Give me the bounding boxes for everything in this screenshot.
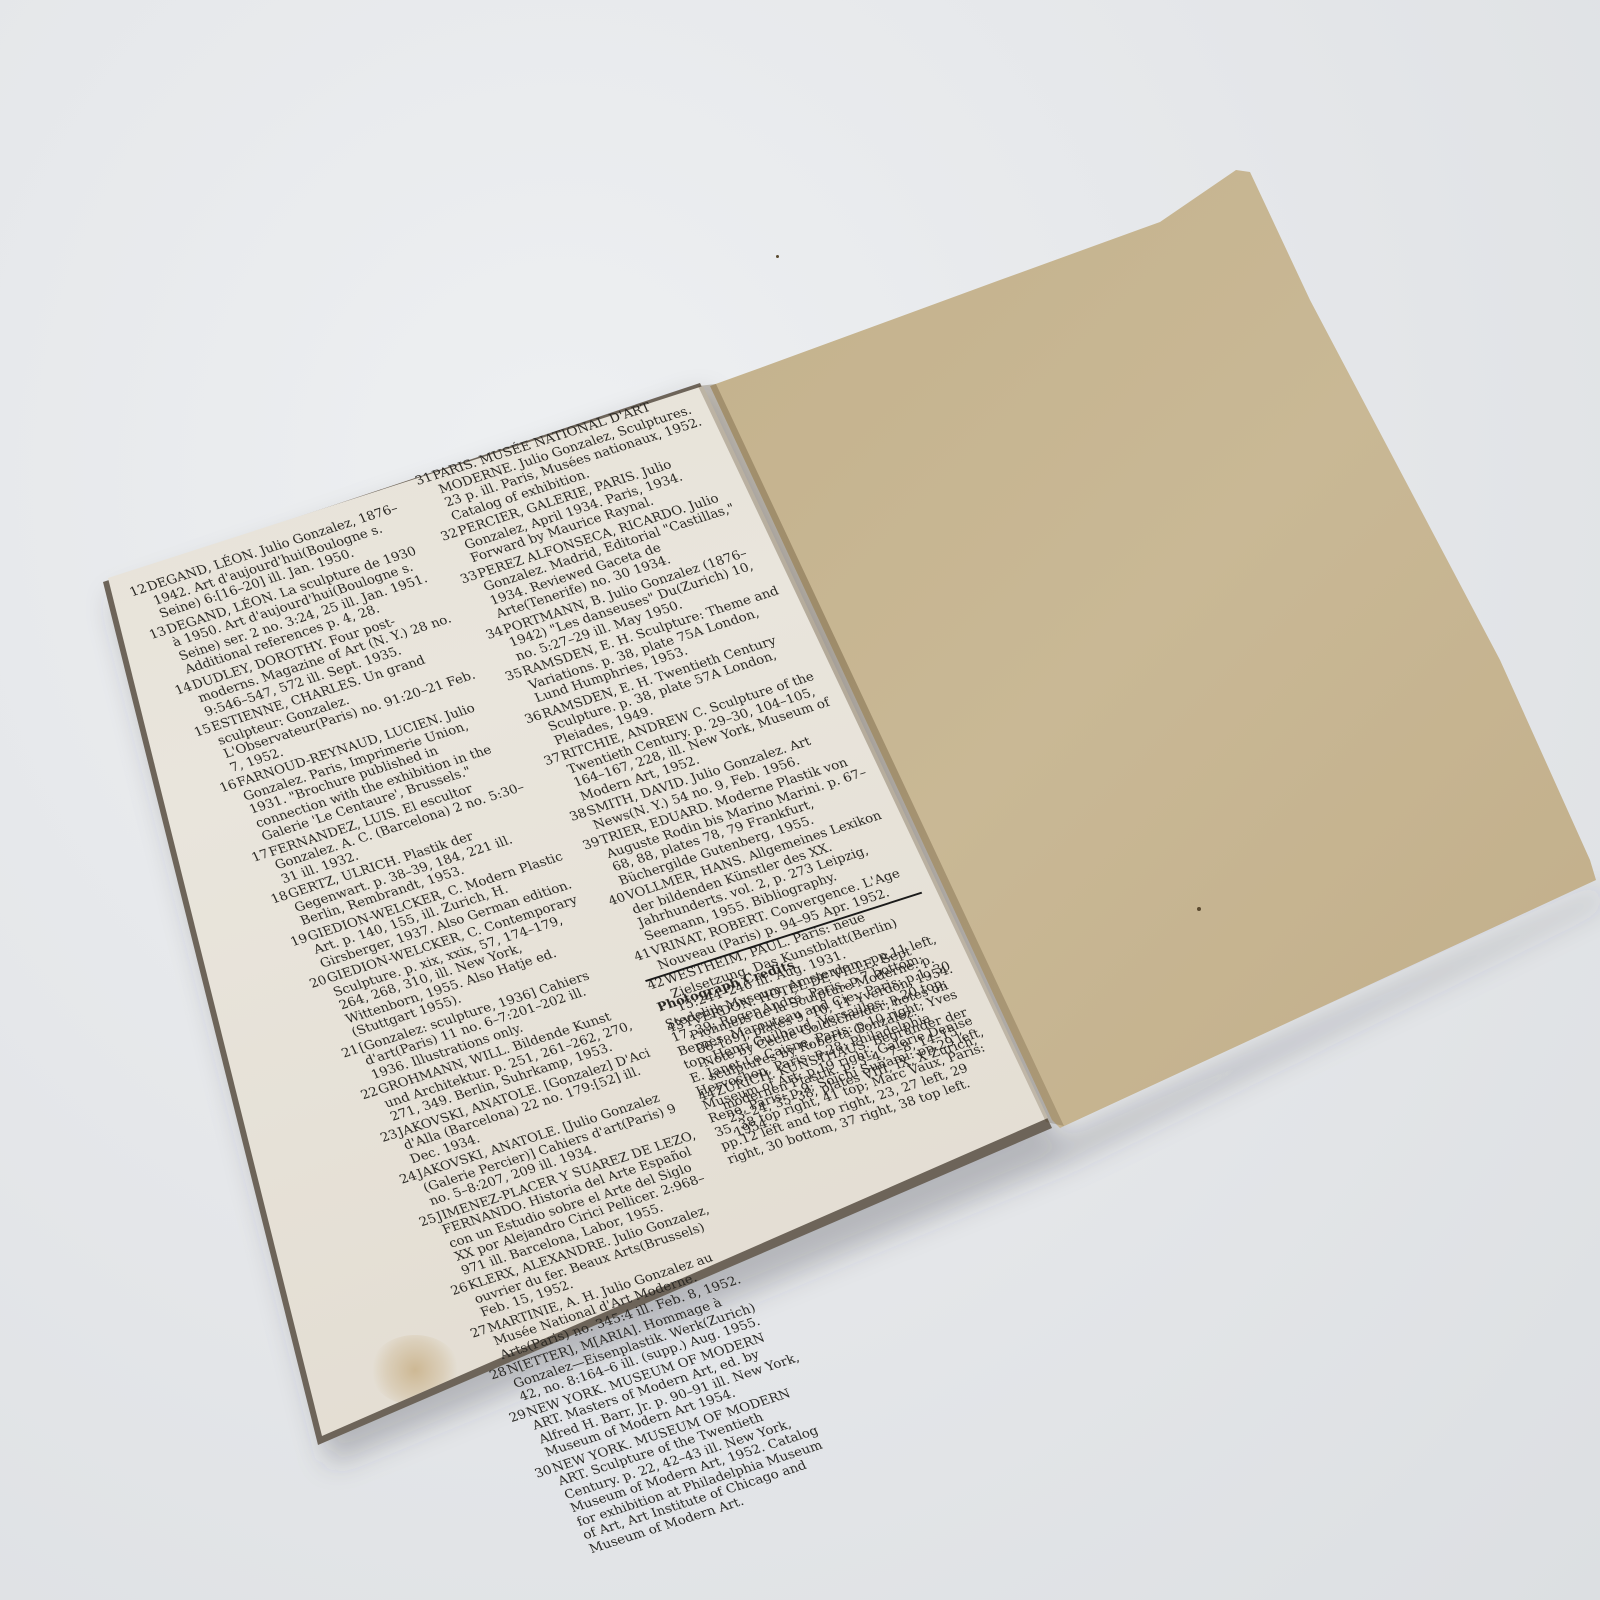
paper-speck (776, 255, 779, 258)
paper-speck (1197, 907, 1201, 911)
page-stain (370, 1335, 460, 1405)
